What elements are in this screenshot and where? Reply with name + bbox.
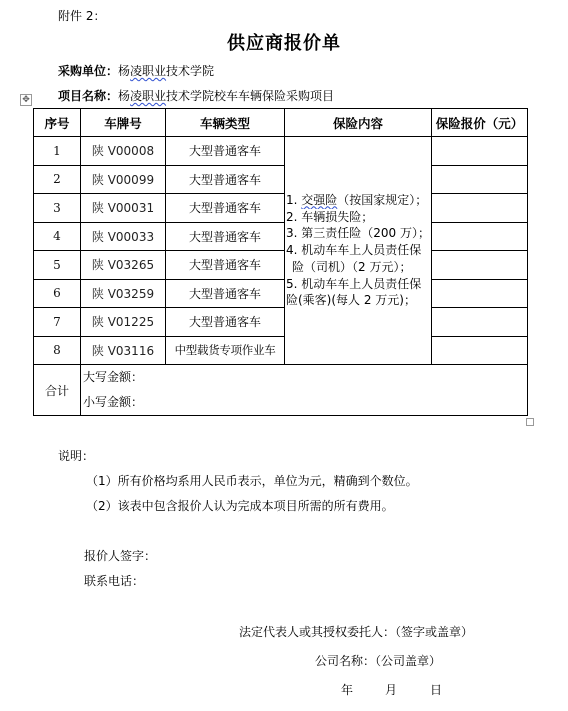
purchaser-line: 采购单位：杨凌职业技术学院 bbox=[58, 62, 214, 79]
row-no: 6 bbox=[34, 279, 81, 308]
table-row: 5 陕 V03265 大型普通客车 bbox=[34, 251, 528, 280]
row-plate: 陕 V01225 bbox=[81, 308, 166, 337]
row-vehicle-type: 大型普通客车 bbox=[166, 194, 285, 223]
price-input-cell[interactable] bbox=[431, 336, 527, 365]
contact-phone-label: 联系电话： bbox=[84, 572, 144, 589]
note-item-2: （2）该表中包含报价人认为完成本项目所需的所有费用。 bbox=[86, 497, 394, 514]
row-plate: 陕 V00031 bbox=[81, 194, 166, 223]
company-name-label: 公司名称：（公司盖章） bbox=[315, 652, 441, 669]
lowercase-amount-label: 小写金额： bbox=[83, 395, 143, 409]
insurance-line-2: 2. 车辆损失险； bbox=[286, 209, 430, 226]
note-item-1: （1）所有价格均系用人民币表示，单位为元，精确到个数位。 bbox=[86, 472, 418, 489]
row-no: 7 bbox=[34, 308, 81, 337]
row-no: 5 bbox=[34, 251, 81, 280]
price-input-cell[interactable] bbox=[431, 137, 527, 166]
header-plate: 车牌号 bbox=[81, 109, 166, 137]
row-vehicle-type: 大型普通客车 bbox=[166, 165, 285, 194]
purchaser-label: 采购单位： bbox=[58, 64, 118, 78]
row-vehicle-type: 大型普通客车 bbox=[166, 222, 285, 251]
price-input-cell[interactable] bbox=[431, 279, 527, 308]
insurance-line-4b: 险（司机）（2 万元）； bbox=[286, 259, 430, 276]
page-title: 供应商报价单 bbox=[0, 29, 568, 55]
uppercase-amount-label: 大写金额： bbox=[83, 370, 143, 384]
insurance-line-5a: 5. 机动车车上人员责任保 bbox=[286, 276, 430, 293]
date-day: 日 bbox=[430, 681, 442, 698]
date-year: 年 bbox=[341, 681, 353, 698]
quoter-signature-label: 报价人签字： bbox=[84, 547, 156, 564]
row-plate: 陕 V00033 bbox=[81, 222, 166, 251]
insurance-line-3: 3. 第三责任险（200 万）； bbox=[286, 225, 430, 242]
header-insurance-price: 保险报价（元） bbox=[431, 109, 527, 137]
date-month: 月 bbox=[385, 681, 397, 698]
header-no: 序号 bbox=[34, 109, 81, 137]
row-no: 4 bbox=[34, 222, 81, 251]
row-plate: 陕 V03265 bbox=[81, 251, 166, 280]
table-resize-handle-icon[interactable] bbox=[526, 418, 534, 426]
table-row: 2 陕 V00099 大型普通客车 bbox=[34, 165, 528, 194]
table-header-row: 序号 车牌号 车辆类型 保险内容 保险报价（元） bbox=[34, 109, 528, 137]
insurance-line-1: 1. 交强险（按国家规定）； bbox=[286, 192, 430, 209]
project-line: 项目名称：杨凌职业技术学院校车车辆保险采购项目 bbox=[58, 87, 334, 104]
row-vehicle-type: 大型普通客车 bbox=[166, 251, 285, 280]
header-vehicle-type: 车辆类型 bbox=[166, 109, 285, 137]
spellcheck-squiggle[interactable]: 凌职业 bbox=[130, 89, 166, 103]
row-plate: 陕 V03259 bbox=[81, 279, 166, 308]
spellcheck-squiggle[interactable]: 交强险 bbox=[301, 193, 337, 207]
row-vehicle-type: 大型普通客车 bbox=[166, 308, 285, 337]
table-row: 4 陕 V00033 大型普通客车 bbox=[34, 222, 528, 251]
uppercase-amount[interactable]: 大写金额： bbox=[83, 365, 527, 390]
table-row: 6 陕 V03259 大型普通客车 bbox=[34, 279, 528, 308]
project-suffix: 技术学院校车车辆保险采购项目 bbox=[166, 89, 334, 103]
row-plate: 陕 V00008 bbox=[81, 137, 166, 166]
project-label: 项目名称： bbox=[58, 89, 118, 103]
table-move-handle-icon[interactable]: ✥ bbox=[20, 94, 32, 106]
table-row: 1 陕 V00008 大型普通客车 1. 交强险（按国家规定）； 2. 车辆损失… bbox=[34, 137, 528, 166]
spellcheck-squiggle[interactable]: 凌职业 bbox=[130, 64, 166, 78]
legal-representative-label: 法定代表人或其授权委托人：（签字或盖章） bbox=[239, 623, 473, 640]
total-label: 合计 bbox=[34, 365, 81, 416]
row-vehicle-type: 大型普通客车 bbox=[166, 279, 285, 308]
insurance-line-4a: 4. 机动车车上人员责任保 bbox=[286, 242, 430, 259]
price-input-cell[interactable] bbox=[431, 308, 527, 337]
price-input-cell[interactable] bbox=[431, 194, 527, 223]
row-no: 8 bbox=[34, 336, 81, 365]
row-no: 1 bbox=[34, 137, 81, 166]
notes-title: 说明： bbox=[58, 447, 94, 464]
total-amounts-cell[interactable]: 大写金额： 小写金额： bbox=[81, 365, 528, 416]
quote-table: 序号 车牌号 车辆类型 保险内容 保险报价（元） 1 陕 V00008 大型普通… bbox=[33, 108, 528, 416]
price-input-cell[interactable] bbox=[431, 251, 527, 280]
price-input-cell[interactable] bbox=[431, 222, 527, 251]
row-plate: 陕 V03116 bbox=[81, 336, 166, 365]
purchaser-suffix: 技术学院 bbox=[166, 64, 214, 78]
total-row: 合计 大写金额： 小写金额： bbox=[34, 365, 528, 416]
attachment-label: 附件 2： bbox=[58, 7, 105, 24]
insurance-content-cell[interactable]: 1. 交强险（按国家规定）； 2. 车辆损失险； 3. 第三责任险（200 万）… bbox=[285, 137, 432, 365]
row-vehicle-type: 大型普通客车 bbox=[166, 137, 285, 166]
table-row: 3 陕 V00031 大型普通客车 bbox=[34, 194, 528, 223]
row-no: 2 bbox=[34, 165, 81, 194]
table-row: 7 陕 V01225 大型普通客车 bbox=[34, 308, 528, 337]
row-plate: 陕 V00099 bbox=[81, 165, 166, 194]
table-row: 8 陕 V03116 中型载货专项作业车 bbox=[34, 336, 528, 365]
insurance-line-5b: 险(乘客)(每人 2 万元)； bbox=[286, 292, 430, 309]
lowercase-amount[interactable]: 小写金额： bbox=[83, 390, 527, 415]
project-prefix: 杨 bbox=[118, 89, 130, 103]
price-input-cell[interactable] bbox=[431, 165, 527, 194]
row-no: 3 bbox=[34, 194, 81, 223]
row-vehicle-type: 中型载货专项作业车 bbox=[166, 336, 285, 365]
header-insurance-content: 保险内容 bbox=[285, 109, 432, 137]
purchaser-prefix: 杨 bbox=[118, 64, 130, 78]
